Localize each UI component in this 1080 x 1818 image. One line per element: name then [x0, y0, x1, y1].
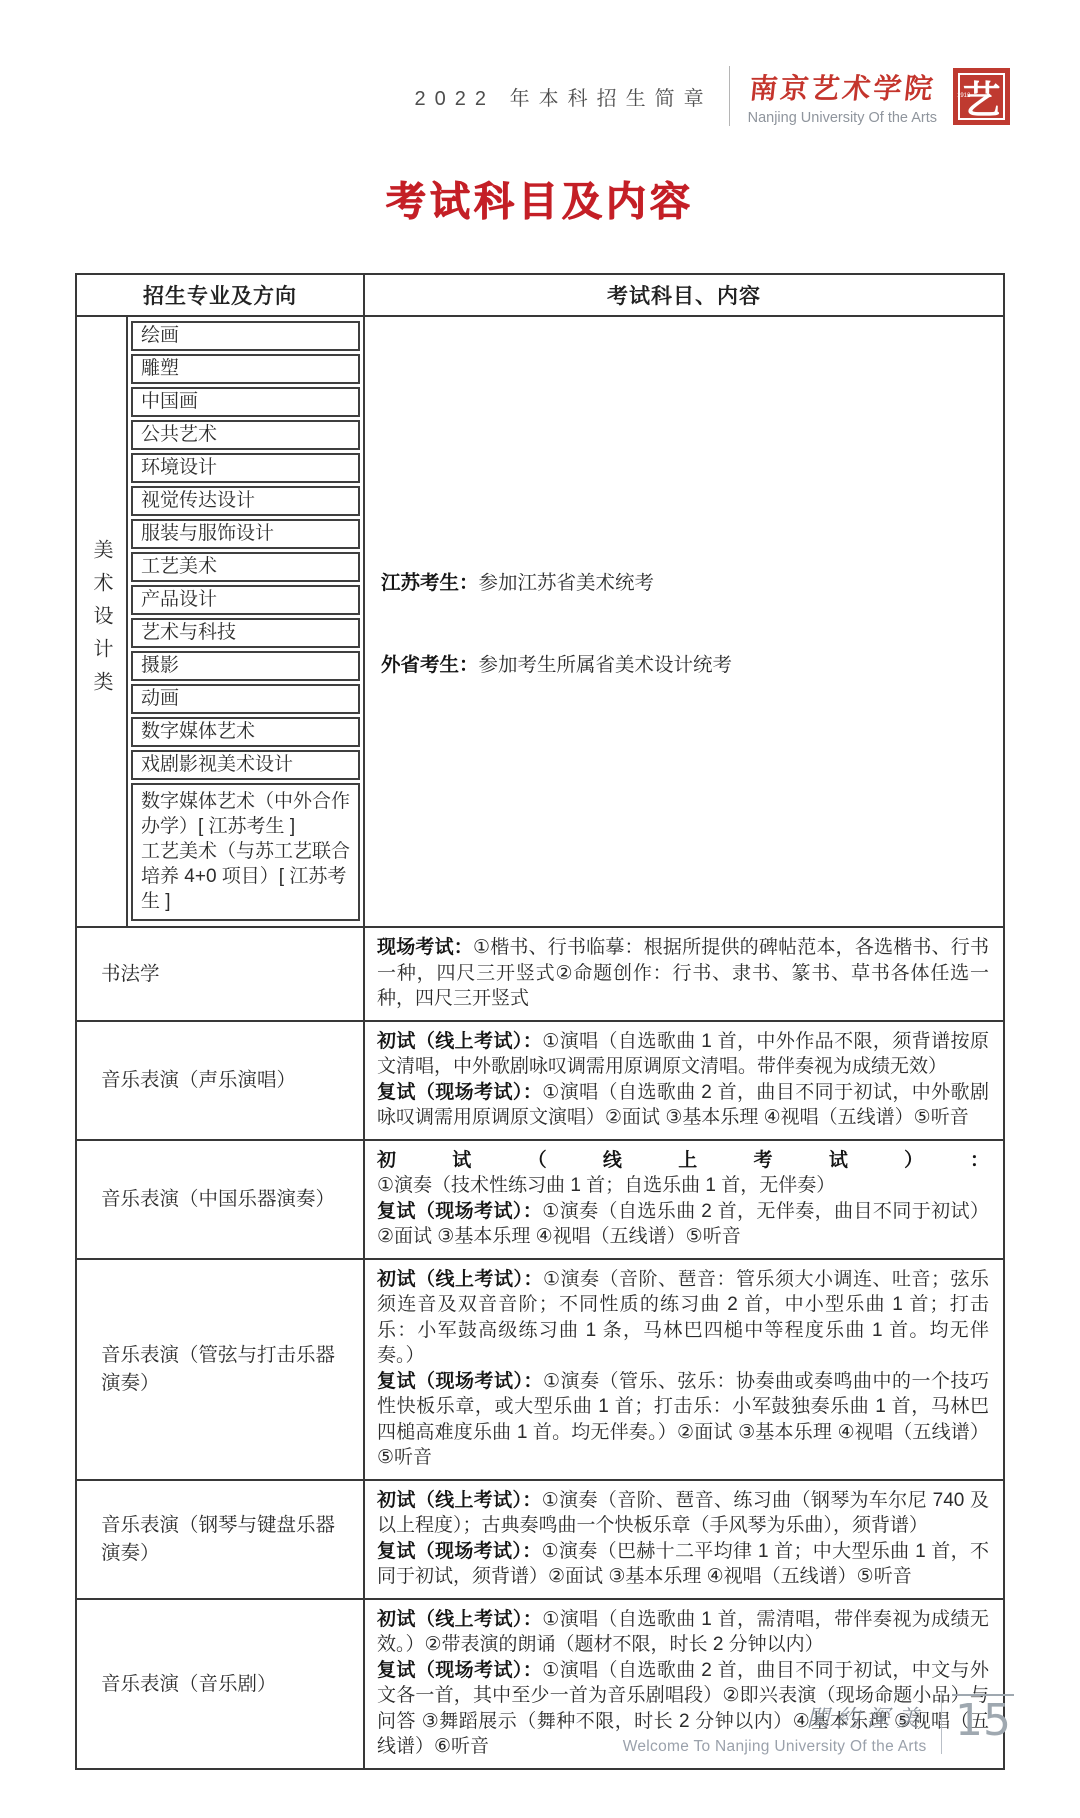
column-header-majors: 招生专业及方向	[77, 275, 365, 315]
exam-requirement-paragraph: 初试（线上考试）：①演奏（音阶、琶音：管乐须大小调连、吐音；弦乐须连音及双音音阶…	[377, 1267, 989, 1369]
table-row: 音乐表演（声乐演唱）初试（线上考试）：①演唱（自选歌曲 1 首，中外作品不限，须…	[77, 1022, 1003, 1141]
exam-content-cell: 初试（线上考试）：①演唱（自选歌曲 1 首，中外作品不限，须背谱按原文清唱，中外…	[365, 1022, 1003, 1139]
exam-content-cell: 初试（线上考试）：①演奏（技术性练习曲 1 首；自选乐曲 1 首，无伴奏）复试（…	[365, 1141, 1003, 1258]
major-name-cell: 音乐表演（中国乐器演奏）	[77, 1141, 365, 1258]
university-name-cn: 南京艺术学院	[746, 67, 940, 107]
column-header-subjects: 考试科目、内容	[365, 275, 1003, 315]
major-name-cell: 音乐表演（管弦与打击乐器演奏）	[77, 1260, 365, 1479]
major-item: 产品设计	[131, 585, 360, 615]
page-title: 考试科目及内容	[0, 170, 1080, 227]
major-item: 雕塑	[131, 354, 360, 384]
major-item: 中国画	[131, 387, 360, 417]
page-footer: 閎約深美 Welcome To Nanjing University Of th…	[623, 1692, 1014, 1756]
page-number: 15	[952, 1694, 1014, 1744]
major-item: 服装与服饰设计	[131, 519, 360, 549]
exam-requirement-paragraph: 初试（线上考试）：①演唱（自选歌曲 1 首，中外作品不限，须背谱按原文清唱，中外…	[377, 1029, 989, 1080]
seal-year: 1912	[957, 93, 970, 99]
exam-content-cell: 现场考试：①楷书、行书临摹：根据所提供的碑帖范本，各选楷书、行书一种，四尺三开竖…	[365, 928, 1003, 1020]
category-cell: 美术设计类	[77, 317, 128, 926]
group-content-line: 江苏考生：参加江苏省美术统考	[381, 567, 1003, 595]
exam-requirement-paragraph: 初试（线上考试）：①演奏（音阶、琶音、练习曲（钢琴为车尔尼 740 及以上程度）…	[377, 1488, 989, 1539]
table-row: 音乐表演（管弦与打击乐器演奏）初试（线上考试）：①演奏（音阶、琶音：管乐须大小调…	[77, 1260, 1003, 1481]
major-item: 艺术与科技	[131, 618, 360, 648]
major-name-cell: 音乐表演（声乐演唱）	[77, 1022, 365, 1139]
exam-rows: 书法学现场考试：①楷书、行书临摹：根据所提供的碑帖范本，各选楷书、行书一种，四尺…	[77, 928, 1003, 1768]
brochure-page: 2022 年本科招生简章 南京艺术学院 Nanjing University O…	[0, 0, 1080, 1818]
footer-divider	[941, 1692, 943, 1754]
major-item-line: 工艺美术（与苏工艺联合培养 4+0 项目）[ 江苏考生 ]	[141, 839, 350, 914]
university-seal-icon: 艺 1912	[953, 68, 1010, 125]
document-title: 2022 年本科招生简章	[415, 82, 713, 111]
exam-requirement-paragraph: 初试（线上考试）：①演唱（自选歌曲 1 首，需清唱，带伴奏视为成绩无效。）②带表…	[377, 1607, 989, 1658]
table-row: 音乐表演（中国乐器演奏）初试（线上考试）：①演奏（技术性练习曲 1 首；自选乐曲…	[77, 1141, 1003, 1260]
major-name-cell: 音乐表演（音乐剧）	[77, 1600, 365, 1768]
major-item: 视觉传达设计	[131, 486, 360, 516]
major-name-cell: 音乐表演（钢琴与键盘乐器演奏）	[77, 1481, 365, 1598]
major-name-cell: 书法学	[77, 928, 365, 1020]
page-header: 2022 年本科招生简章 南京艺术学院 Nanjing University O…	[415, 66, 1010, 126]
exam-requirement-paragraph: 复试（现场考试）：①演唱（自选歌曲 2 首，曲目不同于初试，中外歌剧咏叹调需用原…	[377, 1080, 989, 1131]
group-content-line: 外省考生：参加考生所属省美术设计统考	[381, 649, 1003, 677]
category-label-vertical: 美术设计类	[87, 539, 116, 704]
table-header-row: 招生专业及方向 考试科目、内容	[77, 275, 1003, 317]
major-item: 数字媒体艺术（中外合作办学）[ 江苏考生 ]工艺美术（与苏工艺联合培养 4+0 …	[131, 783, 360, 921]
exam-requirement-paragraph: 复试（现场考试）：①演奏（自选乐曲 2 首，无伴奏，曲目不同于初试）②面试 ③基…	[377, 1199, 989, 1250]
major-item: 公共艺术	[131, 420, 360, 450]
exam-requirement-paragraph: 复试（现场考试）：①演奏（巴赫十二平均律 1 首；中大型乐曲 1 首，不同于初试…	[377, 1539, 989, 1590]
art-design-group-row: 美术设计类 绘画雕塑中国画公共艺术环境设计视觉传达设计服装与服饰设计工艺美术产品…	[77, 317, 1003, 928]
school-motto: 閎約深美	[623, 1700, 927, 1733]
exam-requirement-paragraph: 复试（现场考试）：①演奏（管乐、弦乐：协奏曲或奏鸣曲中的一个技巧性快板乐章，或大…	[377, 1369, 989, 1471]
major-item: 绘画	[131, 321, 360, 351]
majors-list: 绘画雕塑中国画公共艺术环境设计视觉传达设计服装与服饰设计工艺美术产品设计艺术与科…	[128, 317, 365, 926]
major-item-line: 数字媒体艺术（中外合作办学）[ 江苏考生 ]	[141, 789, 350, 839]
major-item: 环境设计	[131, 453, 360, 483]
exam-subjects-table: 招生专业及方向 考试科目、内容 美术设计类 绘画雕塑中国画公共艺术环境设计视觉传…	[75, 273, 1005, 1770]
footer-text: 閎約深美 Welcome To Nanjing University Of th…	[623, 1700, 941, 1756]
header-divider	[729, 66, 730, 126]
exam-content-cell: 初试（线上考试）：①演奏（音阶、琶音、练习曲（钢琴为车尔尼 740 及以上程度）…	[365, 1481, 1003, 1598]
university-logo: 南京艺术学院 Nanjing University Of the Arts	[748, 67, 937, 126]
table-row: 音乐表演（钢琴与键盘乐器演奏）初试（线上考试）：①演奏（音阶、琶音、练习曲（钢琴…	[77, 1481, 1003, 1600]
major-item: 摄影	[131, 651, 360, 681]
welcome-text: Welcome To Nanjing University Of the Art…	[623, 1738, 927, 1756]
university-name-en: Nanjing University Of the Arts	[748, 110, 937, 126]
exam-content-cell: 初试（线上考试）：①演奏（音阶、琶音：管乐须大小调连、吐音；弦乐须连音及双音音阶…	[365, 1260, 1003, 1479]
group-exam-content: 江苏考生：参加江苏省美术统考外省考生：参加考生所属省美术设计统考	[365, 317, 1003, 926]
major-item: 戏剧影视美术设计	[131, 750, 360, 780]
major-item: 数字媒体艺术	[131, 717, 360, 747]
major-item: 动画	[131, 684, 360, 714]
major-item: 工艺美术	[131, 552, 360, 582]
exam-requirement-paragraph: 初试（线上考试）：①演奏（技术性练习曲 1 首；自选乐曲 1 首，无伴奏）	[377, 1148, 989, 1199]
table-row: 书法学现场考试：①楷书、行书临摹：根据所提供的碑帖范本，各选楷书、行书一种，四尺…	[77, 928, 1003, 1022]
exam-requirement-paragraph: 现场考试：①楷书、行书临摹：根据所提供的碑帖范本，各选楷书、行书一种，四尺三开竖…	[377, 935, 989, 1012]
